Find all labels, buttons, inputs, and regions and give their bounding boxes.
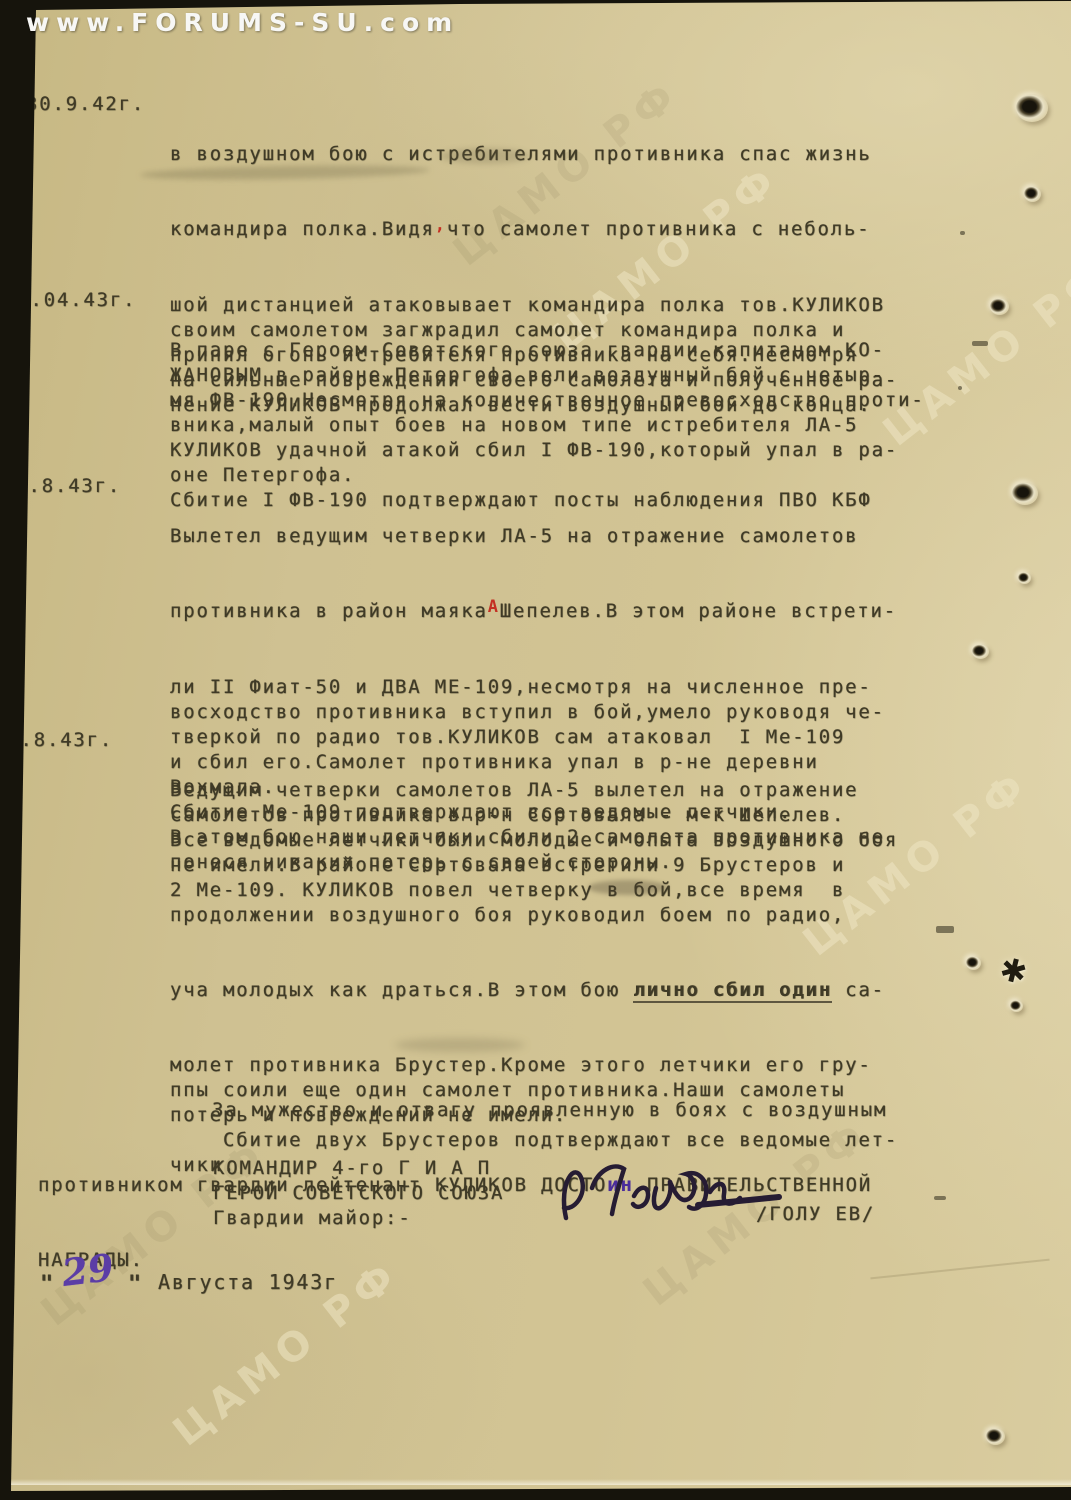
paper: ЦАМО РФ ЦАМО РФ ЦАМО РФ ЦАМО РФ ЦАМО РФ … (0, 0, 1071, 1500)
text-line: Вылетел ведущим четверки ЛА-5 на отражен… (170, 524, 1002, 549)
text-line: За мужество и отвагу проявленную в боях … (38, 1098, 1013, 1123)
text-segment: противника в район маяка (170, 600, 488, 622)
ink-speck (936, 926, 954, 933)
text-line: уча молодых как драться.В этом бою лично… (170, 978, 1002, 1003)
paper-hole (972, 644, 989, 659)
dateline-close-quote: " (128, 1272, 143, 1297)
paper-hole (966, 956, 981, 970)
text-line: в воздушном бою с истребителями противни… (170, 142, 1002, 167)
entry-date: 12.04.43г. (4, 288, 136, 313)
site-watermark: www.FORUMS-SU.com (26, 8, 459, 37)
entry-date: 29.8.43г. (0, 728, 113, 753)
paper-hole (1012, 482, 1038, 505)
dateline-month-year: Августа 1943г (158, 1270, 338, 1295)
paper-hole (1010, 1000, 1023, 1012)
paper-hole (1016, 94, 1048, 122)
text-line: командира полка.Видя,что самолет противн… (170, 217, 1002, 243)
text-segment: командира полка.Видя (170, 218, 435, 240)
paper-hole (990, 298, 1009, 315)
ink-speck (934, 1196, 946, 1200)
handwritten-day: 29 (60, 1245, 116, 1295)
entry-date: 30.9.42г. (26, 92, 145, 117)
text-segment: са- (832, 979, 885, 1001)
entry-date: 10.8.43г. (2, 474, 121, 499)
paper-hole (1018, 572, 1031, 584)
ink-speck (960, 231, 965, 235)
paper-hole (1024, 186, 1041, 202)
text-segment: уча молодых как драться.В этом бою (170, 979, 633, 1001)
paper-bottom-edge (11, 1479, 1071, 1485)
ink-speck (972, 341, 988, 346)
text-segment: что самолет противника с неболь- (447, 218, 871, 240)
dateline-open-quote: " (40, 1272, 55, 1297)
red-ink-correction: А (488, 595, 500, 620)
underlined-segment: лично сбил один (633, 979, 832, 1003)
red-ink-correction: , (435, 213, 447, 238)
paper-hole (986, 1428, 1005, 1445)
text-lines: Ведущим четверки самолетов ЛА-5 вылетел … (170, 778, 1002, 928)
text-line: противника в район маякаАШепелев.В этом … (170, 599, 1002, 625)
handwritten-signature (548, 1148, 788, 1248)
text-segment: Шепелев.В этом районе встрети- (500, 600, 897, 622)
ink-speck (958, 386, 962, 390)
document-page: ЦАМО РФ ЦАМО РФ ЦАМО РФ ЦАМО РФ ЦАМО РФ … (0, 0, 1071, 1500)
